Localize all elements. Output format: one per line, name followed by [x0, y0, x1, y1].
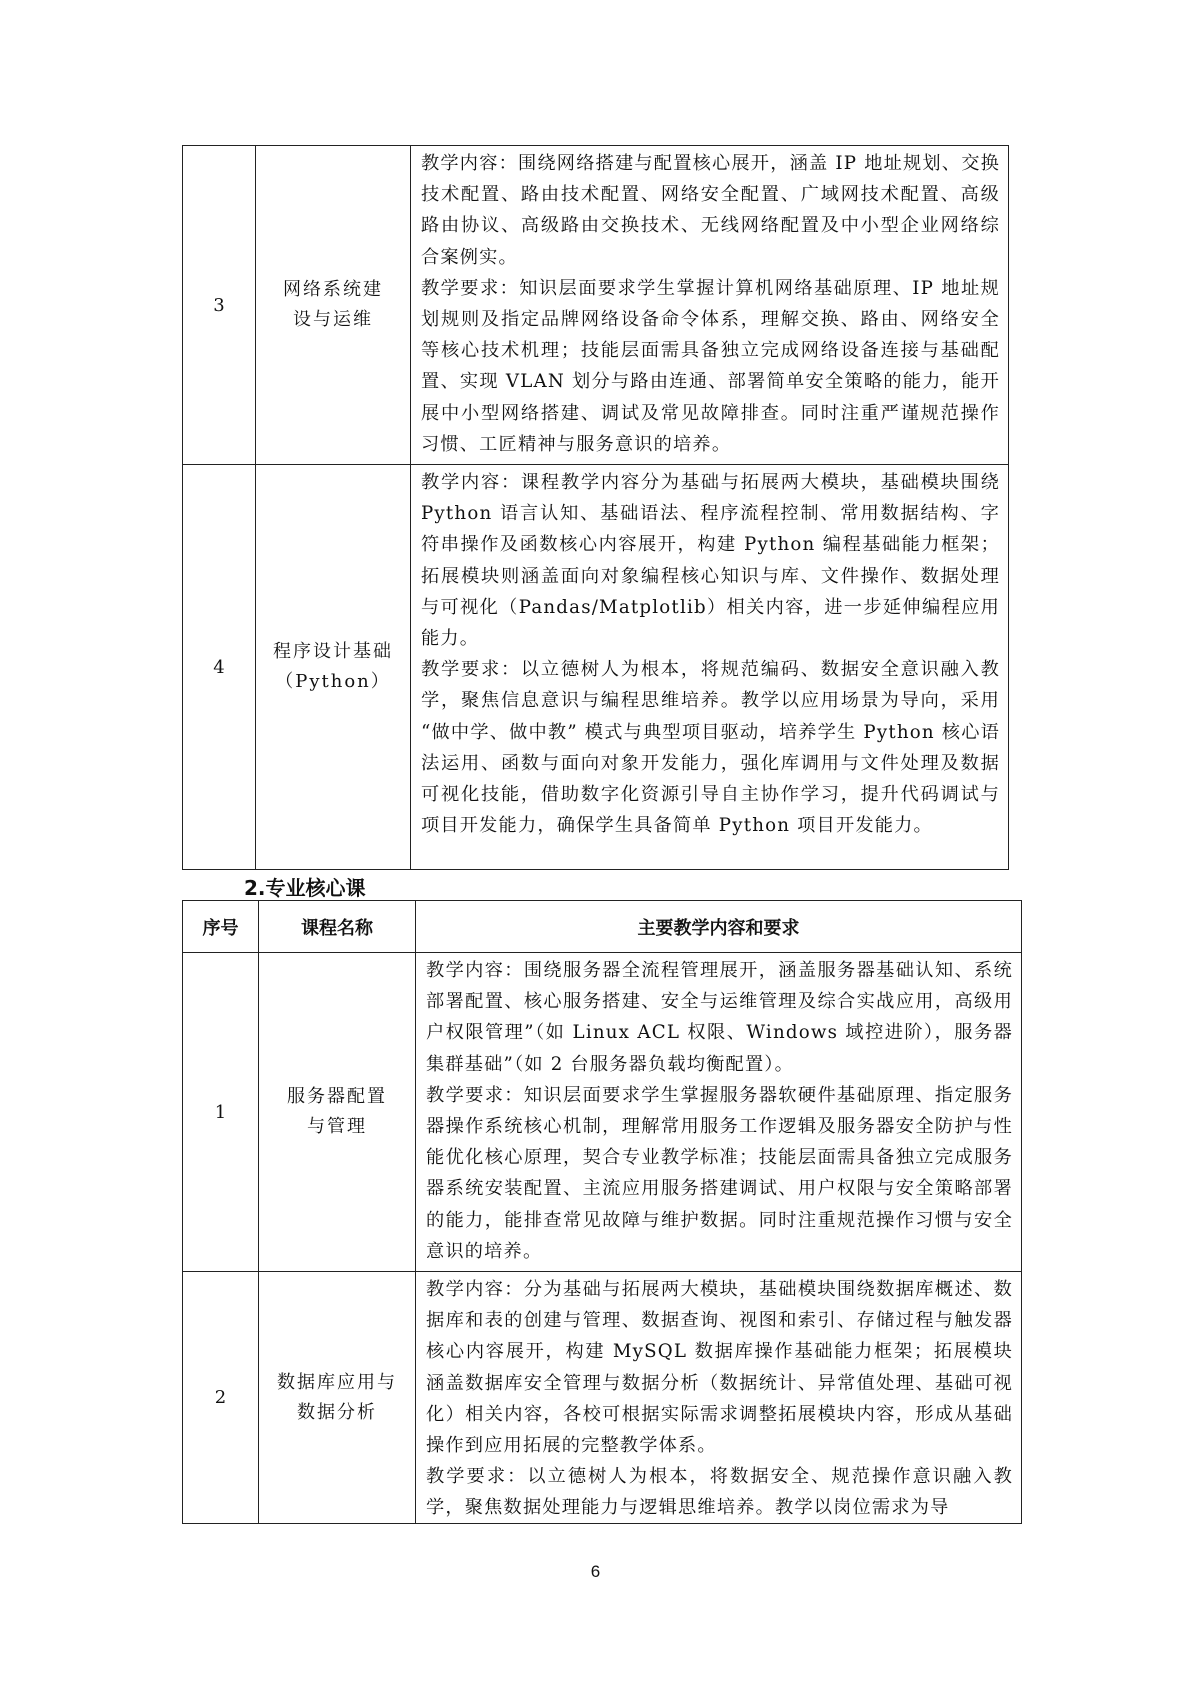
course-table-continued: 3 网络系统建设与运维 教学内容：围绕网络搭建与配置核心展开，涵盖 IP 地址规…: [182, 145, 1009, 870]
row-index: 2: [183, 1272, 259, 1524]
table-row: 4 程序设计基础（Python） 教学内容：课程教学内容分为基础与拓展两大模块，…: [183, 465, 1009, 870]
section-heading: 2.专业核心课: [244, 872, 366, 901]
course-name-text: 服务器配置与管理: [259, 1082, 415, 1142]
course-description: 教学内容：分为基础与拓展两大模块，基础模块围绕数据库概述、数据库和表的创建与管理…: [416, 1272, 1022, 1524]
course-name-text: 数据库应用与数据分析: [259, 1368, 415, 1428]
table-row: 1 服务器配置与管理 教学内容：围绕服务器全流程管理展开，涵盖服务器基础认知、系…: [183, 953, 1022, 1272]
core-course-table: 序号 课程名称 主要教学内容和要求 1 服务器配置与管理 教学内容：围绕服务器全…: [182, 900, 1022, 1524]
table-row: 2 数据库应用与数据分析 教学内容：分为基础与拓展两大模块，基础模块围绕数据库概…: [183, 1272, 1022, 1524]
teaching-content: 教学内容：围绕网络搭建与配置核心展开，涵盖 IP 地址规划、交换技术配置、路由技…: [421, 148, 1000, 273]
course-name-text: 程序设计基础（Python）: [256, 637, 410, 697]
teaching-content: 教学内容：分为基础与拓展两大模块，基础模块围绕数据库概述、数据库和表的创建与管理…: [426, 1274, 1013, 1461]
header-course-name: 课程名称: [259, 901, 416, 953]
teaching-requirements: 教学要求：以立德树人为根本，将规范编码、数据安全意识融入教学，聚焦信息意识与编程…: [421, 654, 1000, 841]
row-index: 1: [183, 953, 259, 1272]
course-description: 教学内容：围绕网络搭建与配置核心展开，涵盖 IP 地址规划、交换技术配置、路由技…: [411, 146, 1009, 465]
course-name: 网络系统建设与运维: [256, 146, 411, 465]
table-header-row: 序号 课程名称 主要教学内容和要求: [183, 901, 1022, 953]
teaching-requirements: 教学要求：以立德树人为根本，将数据安全、规范操作意识融入教学，聚焦数据处理能力与…: [426, 1461, 1013, 1519]
course-name-text: 网络系统建设与运维: [256, 275, 410, 335]
table-row: 3 网络系统建设与运维 教学内容：围绕网络搭建与配置核心展开，涵盖 IP 地址规…: [183, 146, 1009, 465]
header-index: 序号: [183, 901, 259, 953]
row-index: 3: [183, 146, 256, 465]
course-name: 程序设计基础（Python）: [256, 465, 411, 870]
header-content: 主要教学内容和要求: [416, 901, 1022, 953]
course-name: 数据库应用与数据分析: [259, 1272, 416, 1524]
teaching-content: 教学内容：围绕服务器全流程管理展开，涵盖服务器基础认知、系统部署配置、核心服务搭…: [426, 955, 1013, 1080]
page-number: 6: [0, 1562, 1191, 1582]
teaching-requirements: 教学要求：知识层面要求学生掌握计算机网络基础原理、IP 地址规划规则及指定品牌网…: [421, 273, 1000, 460]
course-description: 教学内容：课程教学内容分为基础与拓展两大模块，基础模块围绕 Python 语言认…: [411, 465, 1009, 870]
teaching-content: 教学内容：课程教学内容分为基础与拓展两大模块，基础模块围绕 Python 语言认…: [421, 467, 1000, 654]
row-index: 4: [183, 465, 256, 870]
teaching-requirements: 教学要求：知识层面要求学生掌握服务器软硬件基础原理、指定服务器操作系统核心机制，…: [426, 1080, 1013, 1267]
course-description: 教学内容：围绕服务器全流程管理展开，涵盖服务器基础认知、系统部署配置、核心服务搭…: [416, 953, 1022, 1272]
course-name: 服务器配置与管理: [259, 953, 416, 1272]
